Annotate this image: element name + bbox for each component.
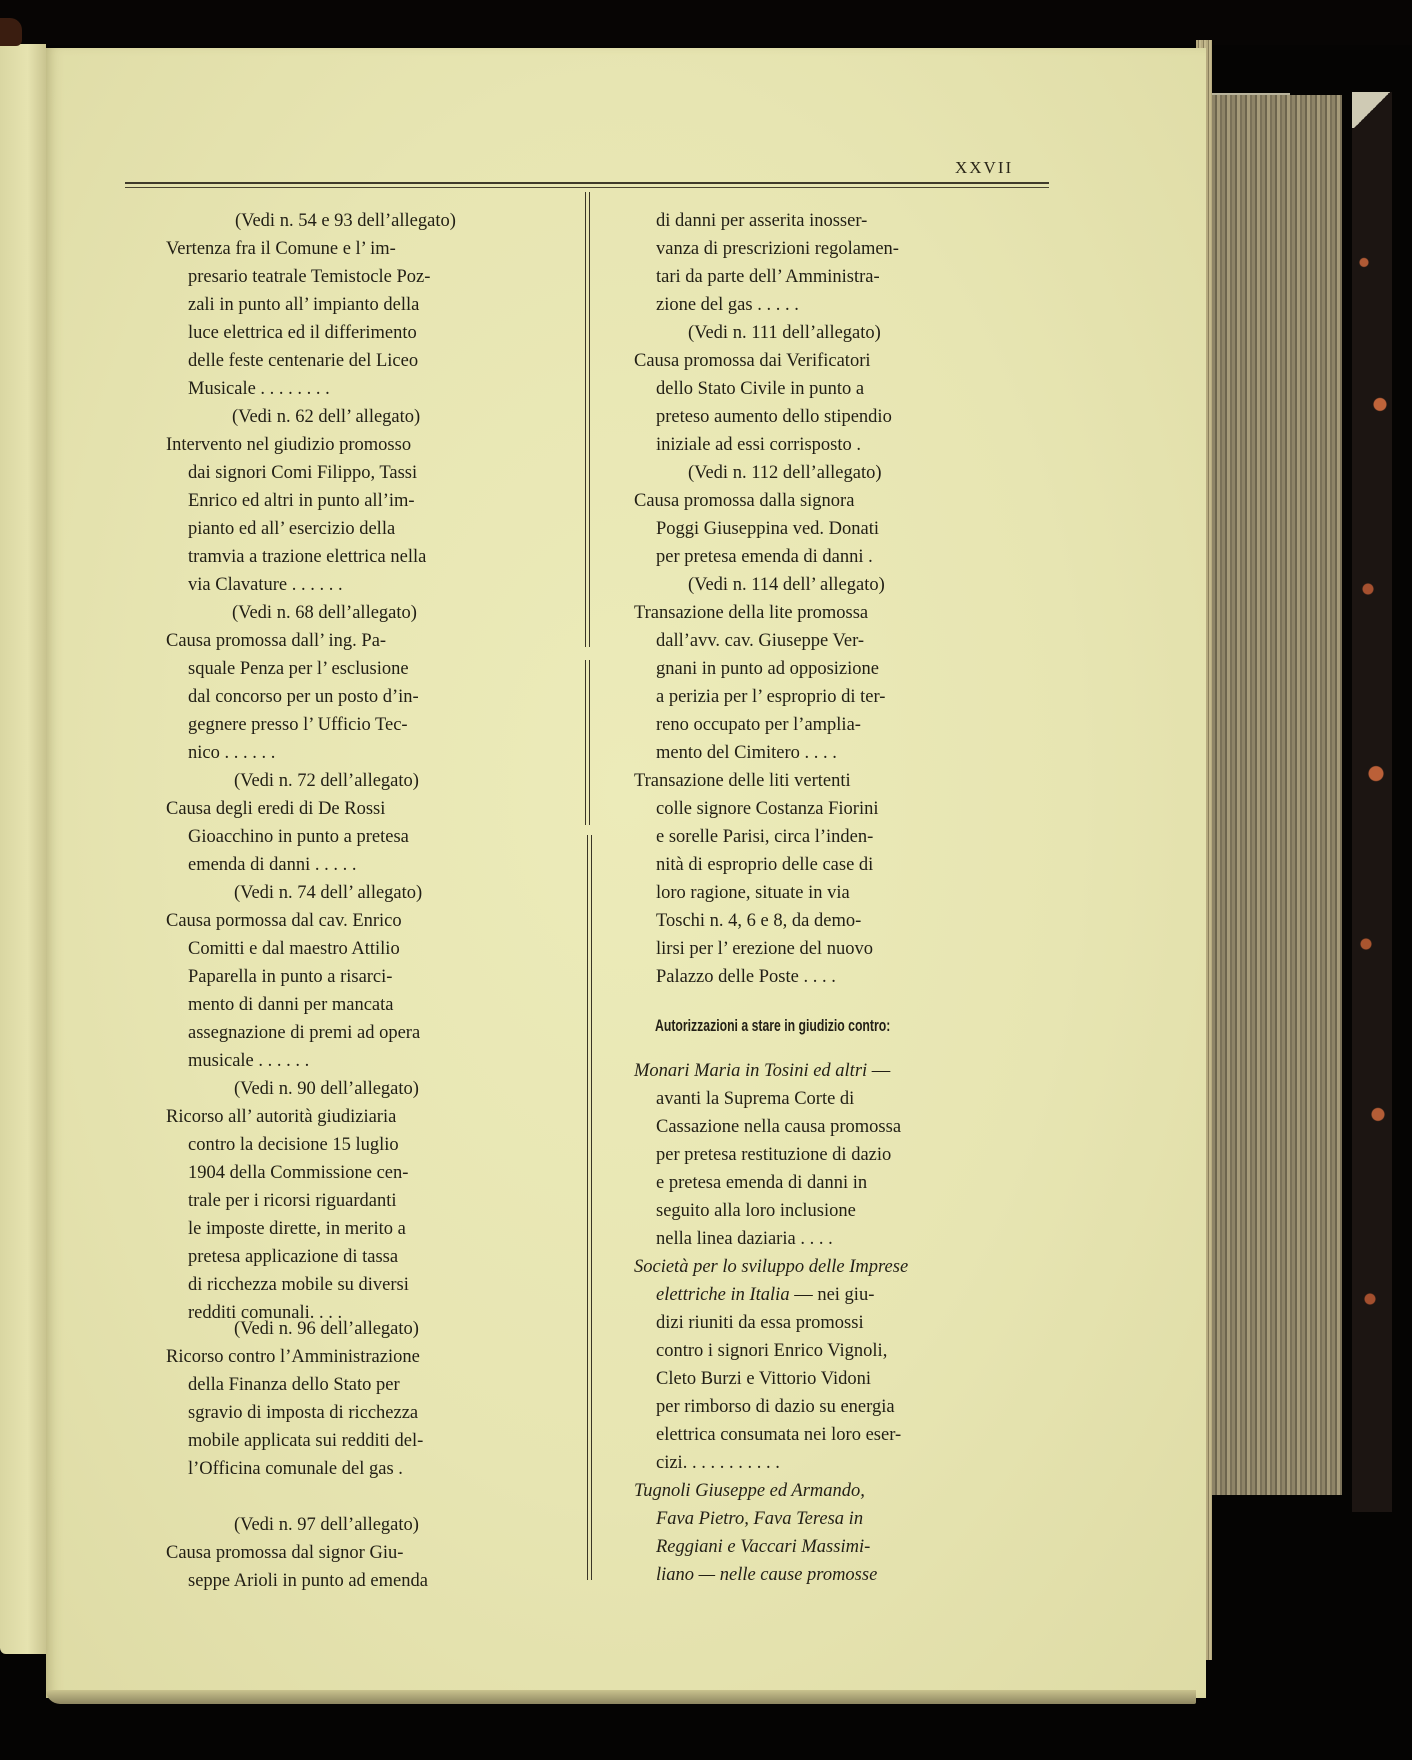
- entry-line: mobile applicata sui redditi del-: [188, 1428, 423, 1455]
- entry-line: Paparella in punto a risarci-: [188, 964, 392, 991]
- entry-line: cizi. . . . . . . . . . .: [656, 1450, 780, 1477]
- entry-line: Tugnoli Giuseppe ed Armando,: [634, 1478, 865, 1505]
- cover-corner-vellum: [1352, 92, 1392, 128]
- entry-line: tari da parte dell’ Amministra-: [656, 264, 880, 291]
- entry-line: Transazione delle liti vertenti: [634, 768, 851, 795]
- entry-line: Cleto Burzi e Vittorio Vidoni: [656, 1366, 871, 1393]
- entry-line: pretesa applicazione di tassa: [188, 1244, 398, 1271]
- vedi-note: (Vedi n. 72 dell’allegato): [234, 768, 419, 795]
- entry-line: lirsi per l’ erezione del nuovo: [656, 936, 873, 963]
- entry-line: elettrica consumata nei loro eser-: [656, 1422, 901, 1449]
- entry-line: Causa promossa dalla signora: [634, 488, 854, 515]
- page-bottom-edge: [46, 1690, 1196, 1704]
- entry-line: luce elettrica ed il differimento: [188, 320, 417, 347]
- entry-line: avanti la Suprema Corte di: [656, 1086, 854, 1113]
- entry-line: iniziale ad essi corrisposto .: [656, 432, 861, 459]
- entry-line: loro ragione, situate in via: [656, 880, 850, 907]
- party-name: Società per lo sviluppo delle Imprese: [634, 1254, 908, 1281]
- entry-line: dello Stato Civile in punto a: [656, 376, 864, 403]
- entry-line: dizi riuniti da essa promossi: [656, 1310, 864, 1337]
- vedi-note: (Vedi n. 54 e 93 dell’allegato): [235, 208, 456, 235]
- entry-line: seguito alla loro inclusione: [656, 1198, 856, 1225]
- vedi-note: (Vedi n. 74 dell’ allegato): [234, 880, 422, 907]
- entry-line: Enrico ed altri in punto all’im-: [188, 488, 415, 515]
- entry-text: —: [872, 1061, 891, 1081]
- entry-line: mento del Cimitero . . . .: [656, 740, 837, 767]
- vedi-note: (Vedi n. 111 dell’allegato): [688, 320, 881, 347]
- entry-line: Cassazione nella causa promossa: [656, 1114, 901, 1141]
- column-divider: [589, 192, 590, 647]
- entry-line: di danni per asserita inosser-: [656, 208, 867, 235]
- entry-line: Causa promossa dai Verificatori: [634, 348, 871, 375]
- entry-line: pianto ed all’ esercizio della: [188, 516, 395, 543]
- entry-line: Ricorso all’ autorità giudiziaria: [166, 1104, 396, 1131]
- entry-line: 1904 della Commissione cen-: [188, 1160, 408, 1187]
- entry-line: colle signore Costanza Fiorini: [656, 796, 878, 823]
- entry-line: per rimborso di dazio su energia: [656, 1394, 895, 1421]
- entry-line: della Finanza dello Stato per: [188, 1372, 400, 1399]
- entry-line: zali in punto all’ impianto della: [188, 292, 419, 319]
- entry-line: l’Officina comunale del gas .: [188, 1456, 403, 1483]
- entry-line: Causa promossa dall’ ing. Pa-: [166, 628, 386, 655]
- entry-line: e sorelle Parisi, circa l’inden-: [656, 824, 873, 851]
- entry-line: Ricorso contro l’Amministrazione: [166, 1344, 420, 1371]
- entry-line: delle feste centenarie del Liceo: [188, 348, 418, 375]
- vedi-note: (Vedi n. 96 dell’allegato): [234, 1316, 419, 1343]
- entry-line: gnani in punto ad opposizione: [656, 656, 879, 683]
- entry-line: e pretesa emenda di danni in: [656, 1170, 867, 1197]
- header-rule-top: [125, 182, 1049, 184]
- entry-line: contro i signori Enrico Vignoli,: [656, 1338, 887, 1365]
- column-divider: [585, 192, 586, 647]
- entry-line: Comitti e dal maestro Attilio: [188, 936, 400, 963]
- entry-line: per pretesa restituzione di dazio: [656, 1142, 891, 1169]
- section-heading: Autorizzazioni a stare in giudizio contr…: [655, 1012, 890, 1039]
- entry-line: a perizia per l’ esproprio di ter-: [656, 684, 885, 711]
- page-block-edge: [1212, 95, 1342, 1495]
- entry-line: musicale . . . . . .: [188, 1048, 309, 1075]
- vedi-note: (Vedi n. 62 dell’ allegato): [232, 404, 420, 431]
- entry-line: tramvia a trazione elettrica nella: [188, 544, 426, 571]
- entry-line: zione del gas . . . . .: [656, 292, 799, 319]
- entry-line: Musicale . . . . . . . .: [188, 376, 330, 403]
- marbled-book-cover: [1352, 92, 1392, 1512]
- entry-line: reno occupato per l’amplia-: [656, 712, 861, 739]
- dark-background: [0, 0, 1412, 45]
- entry-line: le imposte dirette, in merito a: [188, 1216, 406, 1243]
- entry-line: dall’avv. cav. Giuseppe Ver-: [656, 628, 864, 655]
- entry-line: vanza di prescrizioni regolamen-: [656, 236, 899, 263]
- column-divider: [591, 835, 592, 1580]
- entry-line: dai signori Comi Filippo, Tassi: [188, 460, 417, 487]
- vedi-note: (Vedi n. 114 dell’ allegato): [688, 572, 885, 599]
- entry-line: Causa promossa dal signor Giu-: [166, 1540, 403, 1567]
- entry-line: Causa pormossa dal cav. Enrico: [166, 908, 402, 935]
- entry-line: assegnazione di premi ad opera: [188, 1020, 420, 1047]
- entry-line: Reggiani e Vaccari Massimi-: [656, 1534, 870, 1561]
- entry-line: sgravio di imposta di ricchezza: [188, 1400, 418, 1427]
- entry-line: nico . . . . . .: [188, 740, 275, 767]
- entry-line: trale per i ricorsi riguardanti: [188, 1188, 397, 1215]
- entry-line: emenda di danni . . . . .: [188, 852, 357, 879]
- entry-line: Transazione della lite promossa: [634, 600, 868, 627]
- entry-line: preteso aumento dello stipendio: [656, 404, 892, 431]
- vedi-note: (Vedi n. 97 dell’allegato): [234, 1512, 419, 1539]
- vedi-note: (Vedi n. 112 dell’allegato): [688, 460, 882, 487]
- column-divider: [587, 835, 588, 1580]
- entry-line: Fava Pietro, Fava Teresa in: [656, 1506, 863, 1533]
- entry-line: Monari Maria in Tosini ed altri —: [634, 1058, 890, 1085]
- entry-text: — nei giu-: [794, 1285, 874, 1305]
- entry-line: Toschi n. 4, 6 e 8, da demo-: [656, 908, 861, 935]
- entry-line: di ricchezza mobile su diversi: [188, 1272, 409, 1299]
- column-divider: [585, 660, 586, 825]
- vedi-note: (Vedi n. 90 dell’allegato): [234, 1076, 419, 1103]
- column-divider: [589, 660, 590, 825]
- entry-line: mento di danni per mancata: [188, 992, 393, 1019]
- party-name: elettriche in Italia: [656, 1285, 790, 1305]
- entry-line: Vertenza fra il Comune e l’ im-: [166, 236, 396, 263]
- book-cover-corner: [0, 18, 22, 46]
- entry-line: dal concorso per un posto d’in-: [188, 684, 419, 711]
- entry-line: Gioacchino in punto a pretesa: [188, 824, 409, 851]
- entry-line: Poggi Giuseppina ved. Donati: [656, 516, 879, 543]
- previous-page-edge: [0, 44, 46, 1654]
- entry-line: Palazzo delle Poste . . . .: [656, 964, 836, 991]
- entry-line: per pretesa emenda di danni .: [656, 544, 873, 571]
- entry-line: gegnere presso l’ Ufficio Tec-: [188, 712, 408, 739]
- entry-line: Intervento nel giudizio promosso: [166, 432, 411, 459]
- page-number: XXVII: [955, 158, 1013, 178]
- vedi-note: (Vedi n. 68 dell’allegato): [232, 600, 417, 627]
- entry-line: nella linea daziaria . . . .: [656, 1226, 833, 1253]
- entry-line: nità di esproprio delle case di: [656, 852, 873, 879]
- entry-line: contro la decisione 15 luglio: [188, 1132, 399, 1159]
- party-name: Monari Maria in Tosini ed altri: [634, 1061, 867, 1081]
- header-rule-bottom: [125, 187, 1049, 188]
- entry-line: Causa degli eredi di De Rossi: [166, 796, 385, 823]
- entry-line: squale Penza per l’ esclusione: [188, 656, 409, 683]
- entry-line: via Clavature . . . . . .: [188, 572, 343, 599]
- entry-line: liano — nelle cause promosse: [656, 1562, 877, 1589]
- entry-line: presario teatrale Temistocle Poz-: [188, 264, 430, 291]
- entry-line: seppe Arioli in punto ad emenda: [188, 1568, 428, 1595]
- entry-line: elettriche in Italia — nei giu-: [656, 1282, 874, 1309]
